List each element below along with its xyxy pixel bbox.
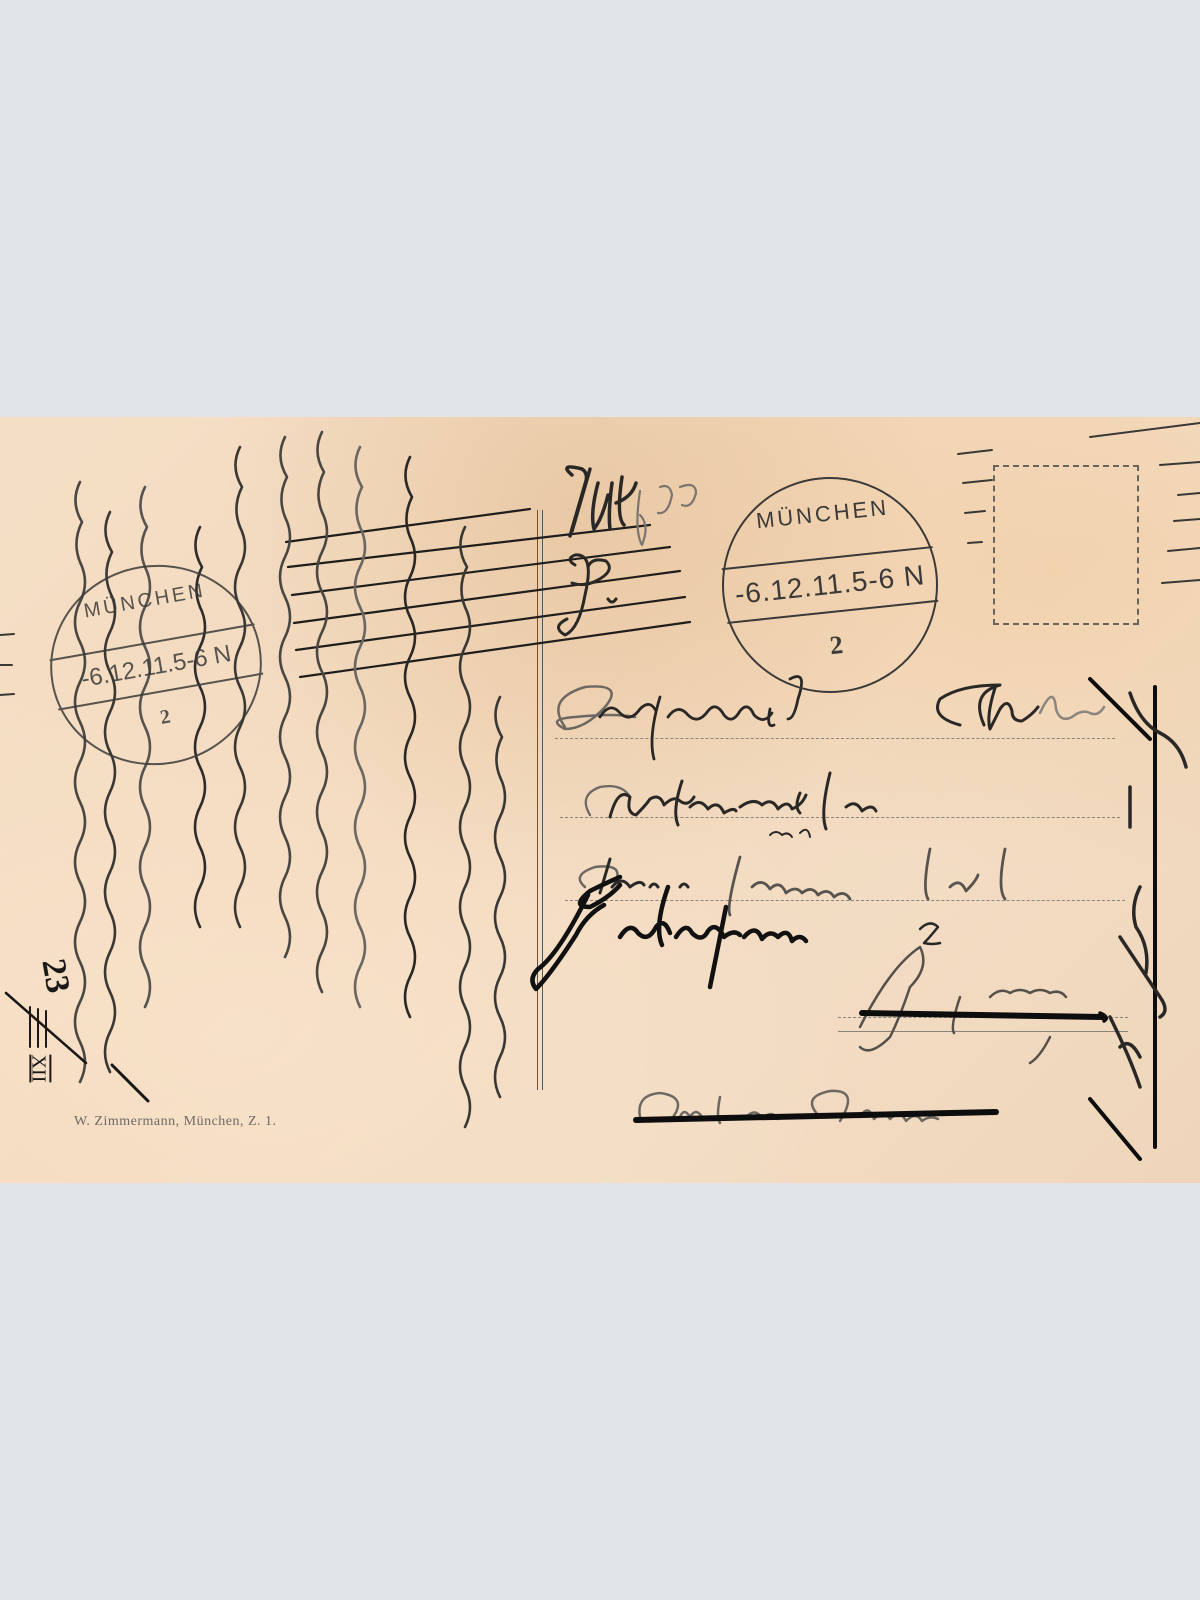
corner-notation: 23 (33, 956, 76, 996)
publisher-imprint: W. Zimmermann, München, Z. 1. (74, 1114, 277, 1130)
corner-month: XII (26, 1055, 49, 1083)
corner-number: 23 (34, 956, 76, 996)
postcard-back: MÜNCHEN -6.12.11.5-6 N 2 MÜNCHEN -6.12.1… (0, 417, 1200, 1183)
postmark-date: -6.12.11.5-6 N (722, 546, 939, 624)
handwriting-and-cancellation-ink (0, 417, 1200, 1183)
